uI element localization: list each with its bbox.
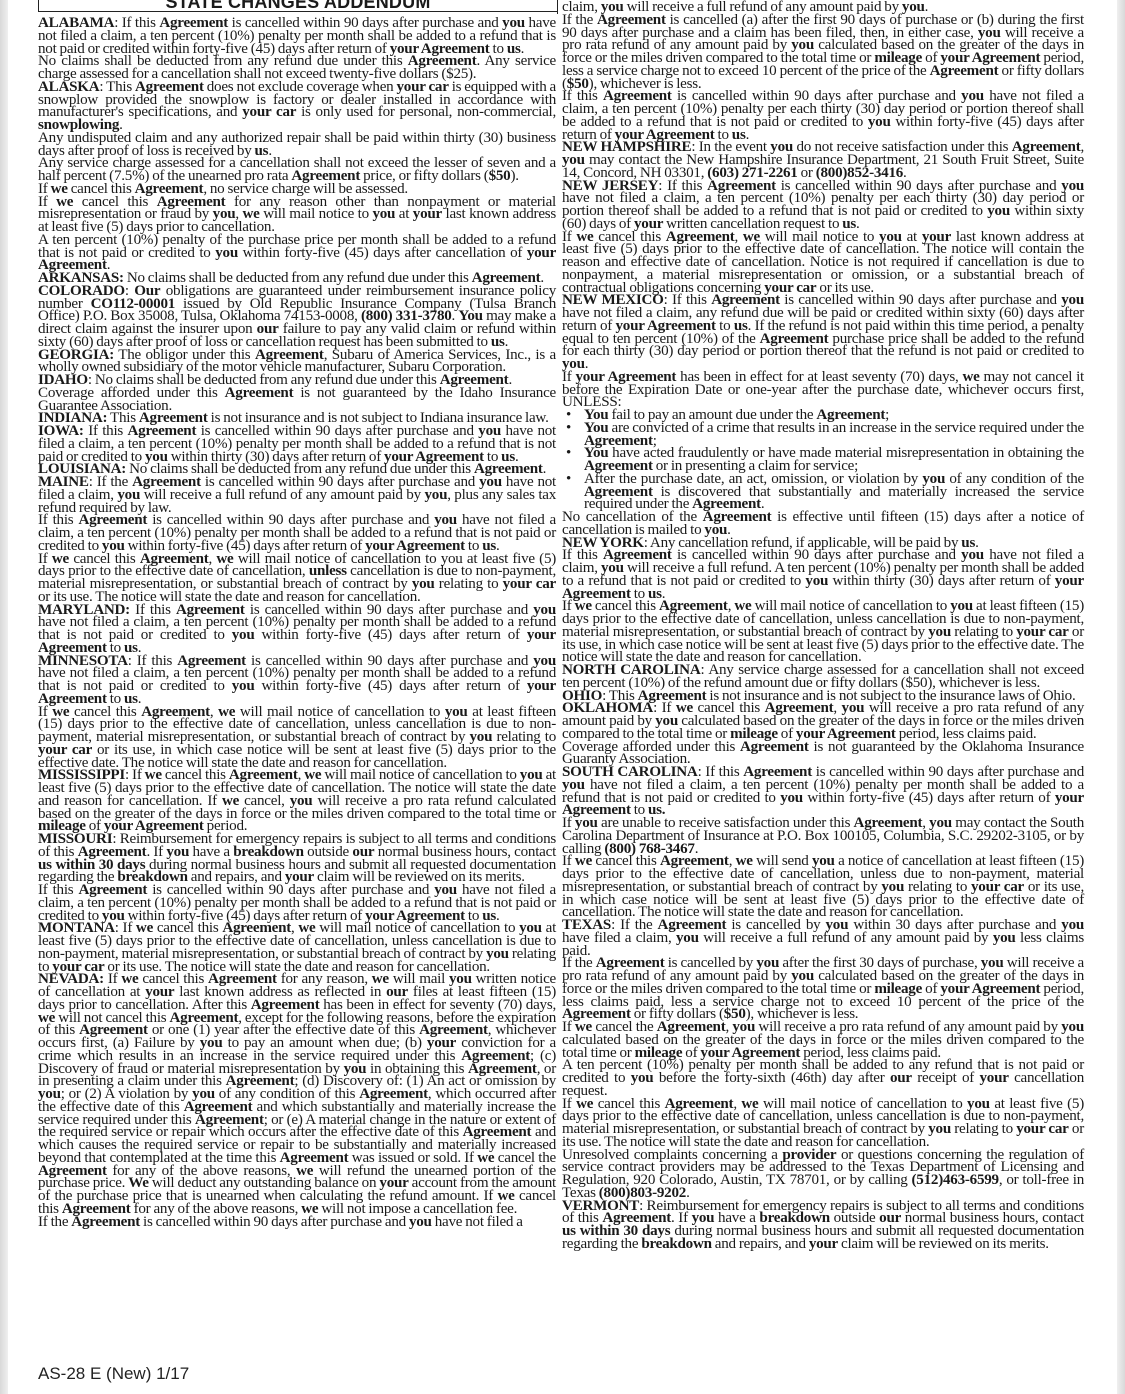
clause-paragraph: Any undisputed claim and any authorized …	[38, 132, 556, 158]
clause-paragraph: NEW HAMPSHIRE: In the event you do not r…	[562, 141, 1084, 179]
clause-paragraph: TEXAS: If the Agreement is cancelled by …	[562, 919, 1084, 957]
clause-paragraph: MAINE: If the Agreement is cancelled wit…	[38, 476, 556, 514]
clause-paragraph: No claims shall be deducted from any ref…	[38, 55, 556, 81]
clause-paragraph: Coverage afforded under this Agreement i…	[562, 741, 1084, 767]
clause-paragraph: SOUTH CAROLINA: If this Agreement is can…	[562, 766, 1084, 817]
bullet-item: You have acted fraudulently or have made…	[584, 447, 1084, 473]
viewer-scrollbar-track[interactable]	[1117, 0, 1125, 1394]
document-title: STATE CHANGES ADDENDUM	[38, 0, 558, 12]
clause-paragraph: If we cancel this Agreement, we will mai…	[562, 600, 1084, 664]
clause-paragraph: MINNESOTA: If this Agreement is cancelle…	[38, 655, 556, 706]
clause-paragraph: NEW MEXICO: If this Agreement is cancell…	[562, 294, 1084, 371]
clause-paragraph: If we cancel this Agreement, we will sen…	[562, 855, 1084, 919]
viewer-left-margin	[0, 0, 8, 1394]
clause-paragraph: ALABAMA: If this Agreement is cancelled …	[38, 17, 556, 55]
right-column: claim, you will receive a full refund of…	[562, 1, 1084, 1251]
clause-paragraph: If we cancel this Agreement, we will mai…	[38, 706, 556, 770]
clause-paragraph: If your Agreement has been in effect for…	[562, 371, 1084, 409]
column-divider	[557, 0, 558, 14]
clause-paragraph: IOWA: If this Agreement is cancelled wit…	[38, 425, 556, 463]
bullet-list: You fail to pay an amount due under the …	[562, 409, 1084, 511]
clause-paragraph: MARYLAND: If this Agreement is cancelled…	[38, 604, 556, 655]
clause-paragraph: If we cancel this Agreement, we will mai…	[562, 231, 1084, 295]
clause-paragraph: If this Agreement is cancelled within 90…	[562, 90, 1084, 141]
left-column: ALABAMA: If this Agreement is cancelled …	[38, 17, 556, 1228]
clause-paragraph: NEVADA: If we cancel this Agreement for …	[38, 973, 556, 1215]
clause-paragraph: MISSISSIPPI: If we cancel this Agreement…	[38, 769, 556, 833]
clause-paragraph: NORTH CAROLINA: Any service charge asses…	[562, 664, 1084, 690]
clause-paragraph: A ten percent (10%) penalty of the purch…	[38, 234, 556, 272]
bullet-item: After the purchase date, an act, omissio…	[584, 473, 1084, 511]
clause-paragraph: GEORGIA: The obligor under this Agreemen…	[38, 349, 556, 375]
clause-paragraph: OKLAHOMA: If we cancel this Agreement, y…	[562, 702, 1084, 740]
clause-paragraph: MONTANA: If we cancel this Agreement, we…	[38, 922, 556, 973]
clause-paragraph: Any service charge assessed for a cancel…	[38, 157, 556, 183]
clause-paragraph: If this Agreement is cancelled within 90…	[38, 514, 556, 552]
form-number-footer: AS-28 E (New) 1/17	[38, 1364, 189, 1384]
clause-paragraph: MISSOURI: Reimbursement for emergency re…	[38, 833, 556, 884]
clause-paragraph: If we cancel this Agreement, we will mai…	[562, 1098, 1084, 1149]
clause-paragraph: If we cancel the Agreement, you will rec…	[562, 1021, 1084, 1059]
clause-paragraph: A ten percent (10%) penalty per month sh…	[562, 1059, 1084, 1097]
clause-paragraph: ALASKA: This Agreement does not exclude …	[38, 81, 556, 132]
document-page: STATE CHANGES ADDENDUM ALABAMA: If this …	[38, 0, 1088, 1394]
bullet-item: You are convicted of a crime that result…	[584, 422, 1084, 448]
clause-paragraph: If the Agreement is cancelled by you aft…	[562, 957, 1084, 1021]
clause-paragraph: Coverage afforded under this Agreement i…	[38, 387, 556, 413]
clause-paragraph: If you are unable to receive satisfactio…	[562, 817, 1084, 855]
clause-paragraph: VERMONT: Reimbursement for emergency rep…	[562, 1200, 1084, 1251]
clause-paragraph: If the Agreement is cancelled within 90 …	[38, 1216, 556, 1229]
clause-paragraph: If this Agreement is cancelled within 90…	[562, 549, 1084, 600]
clause-paragraph: Unresolved complaints concerning a provi…	[562, 1149, 1084, 1200]
clause-paragraph: If we cancel this Agreement for any reas…	[38, 196, 556, 234]
clause-paragraph: No cancellation of the Agreement is effe…	[562, 511, 1084, 537]
clause-paragraph: NEW JERSEY: If this Agreement is cancell…	[562, 180, 1084, 231]
clause-paragraph: If we cancel this Agreement, we will mai…	[38, 553, 556, 604]
clause-paragraph: If this Agreement is cancelled within 90…	[38, 884, 556, 922]
clause-paragraph: If the Agreement is cancelled (a) after …	[562, 14, 1084, 91]
clause-paragraph: COLORADO: Our obligations are guaranteed…	[38, 285, 556, 349]
